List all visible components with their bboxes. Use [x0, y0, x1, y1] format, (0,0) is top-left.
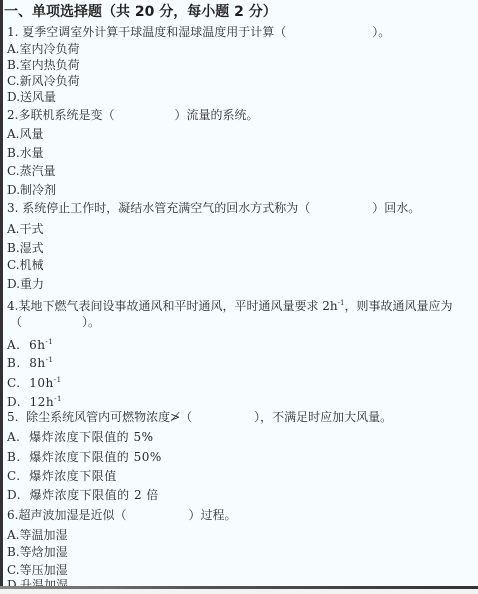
question-3-option-b: B.湿式 — [7, 240, 44, 256]
section-title: 一、单项选择题（共 20 分，每小题 2 分） — [4, 4, 277, 20]
option-text: 风量 — [19, 127, 43, 141]
question-number: 1. — [7, 25, 18, 39]
question-text-after: ），不满足时应加大风量。 — [254, 410, 392, 424]
question-6-option-a: A.等温加湿 — [7, 527, 68, 543]
option-label: A. — [7, 338, 20, 352]
option-label: B. — [7, 58, 20, 72]
option-text: 等压加湿 — [20, 563, 68, 577]
superscript: -1 — [46, 338, 54, 346]
question-2-option-c: C.蒸汽量 — [7, 163, 56, 179]
option-text: 爆炸浓度下限值的 2 倍 — [30, 488, 159, 502]
question-2-option-b: B.水量 — [7, 145, 44, 161]
option-text: 爆炸浓度下限值 — [29, 469, 117, 483]
question-4-option-c: C. 10h-1 — [7, 372, 62, 391]
question-4-option-a: A. 6h-1 — [7, 334, 53, 353]
option-label: B. — [7, 450, 21, 464]
option-text: 10h — [29, 376, 54, 390]
question-3-option-d: D.重力 — [7, 276, 44, 292]
question-text-after: ）。 — [372, 25, 390, 39]
question-5-option-a: A. 爆炸浓度下限值的 5% — [7, 429, 153, 445]
question-text-before: 除尘系统风管内可燃物浓度≯（ — [26, 410, 192, 424]
question-5-option-c: C. 爆炸浓度下限值 — [7, 468, 117, 484]
question-number: 5. — [7, 410, 18, 424]
superscript: -1 — [54, 376, 62, 384]
question-text-before: 某地下燃气表间设事故通风和平时通风，平时通风量要求 2h — [18, 299, 337, 313]
question-6-stem: 6.超声波加湿是近似（）过程。 — [7, 507, 236, 523]
option-label: A. — [7, 528, 19, 542]
question-3-option-a: A.干式 — [7, 221, 44, 237]
question-5-option-b: B. 爆炸浓度下限值的 50% — [7, 449, 162, 465]
option-text: 制冷剂 — [20, 183, 56, 197]
exam-page: 一、单项选择题（共 20 分，每小题 2 分） 1. 夏季空调室外计算干球温度和… — [0, 0, 478, 586]
question-1-option-c: C.新风冷负荷 — [7, 73, 80, 89]
question-2-option-a: A.风量 — [7, 126, 44, 142]
option-label: A. — [7, 430, 20, 444]
option-label: D. — [7, 90, 20, 104]
question-4-stem: 4.某地下燃气表间设事故通风和平时通风，平时通风量要求 2h-1，则事故通风量应… — [7, 295, 452, 314]
question-3-stem: 3. 系统停止工作时，凝结水管充满空气的回水方式称为（）回水。 — [7, 200, 420, 216]
option-label: D. — [7, 488, 21, 502]
blank-open-paren: （ — [10, 315, 22, 329]
option-label: C. — [7, 258, 20, 272]
option-text: 湿式 — [20, 241, 44, 255]
question-1-stem: 1. 夏季空调室外计算干球温度和湿球温度用于计算（）。 — [7, 24, 390, 40]
option-text: 爆炸浓度下限值的 5% — [29, 430, 153, 444]
option-label: D. — [7, 395, 21, 409]
option-label: A. — [7, 127, 19, 141]
question-text-after: ）回水。 — [372, 201, 420, 215]
question-text-before: 夏季空调室外计算干球温度和湿球温度用于计算（ — [22, 25, 286, 39]
option-label: C. — [7, 376, 21, 390]
option-text: 新风冷负荷 — [20, 74, 80, 88]
option-text: 机械 — [20, 258, 44, 272]
question-number: 6. — [7, 508, 18, 522]
question-2-stem: 2.多联机系统是变（）流量的系统。 — [7, 107, 258, 123]
option-label: B. — [7, 146, 20, 160]
option-text: 蒸汽量 — [20, 164, 56, 178]
option-text: 6h — [29, 338, 45, 352]
question-1-option-a: A.室内冷负荷 — [7, 41, 80, 57]
option-text: 等温加湿 — [19, 528, 67, 542]
option-text: 重力 — [20, 277, 44, 291]
option-label: D. — [7, 277, 20, 291]
question-text-before: 多联机系统是变（ — [18, 108, 114, 122]
option-text: 干式 — [19, 222, 43, 236]
superscript: -1 — [54, 395, 62, 403]
question-4-option-b: B. 8h-1 — [7, 352, 53, 371]
question-6-option-c: C.等压加湿 — [7, 562, 68, 578]
option-text: 室内热负荷 — [20, 58, 80, 72]
option-label: B. — [7, 356, 21, 370]
option-label: A. — [7, 222, 19, 236]
blank-close-paren: ）。 — [82, 315, 100, 329]
option-label: B. — [7, 241, 20, 255]
option-text: 8h — [29, 356, 45, 370]
question-text-after: ）流量的系统。 — [174, 108, 258, 122]
question-text-before: 系统停止工作时，凝结水管充满空气的回水方式称为（ — [22, 201, 310, 215]
question-1-option-d: D.送风量 — [7, 89, 56, 105]
question-4-stem-line2: （）。 — [10, 314, 100, 330]
superscript: -1 — [46, 356, 54, 364]
option-text: 送风量 — [20, 90, 56, 104]
page-left-border — [0, 0, 3, 586]
question-1-option-b: B.室内热负荷 — [7, 57, 80, 73]
question-5-option-d: D. 爆炸浓度下限值的 2 倍 — [7, 487, 159, 503]
question-text-after: ）过程。 — [188, 508, 236, 522]
question-text-before: 超声波加湿是近似（ — [18, 508, 126, 522]
option-label: D. — [7, 183, 20, 197]
option-label: C. — [7, 563, 20, 577]
option-label: C. — [7, 74, 20, 88]
question-number: 4. — [7, 299, 18, 313]
option-label: B. — [7, 545, 20, 559]
option-text: 水量 — [20, 146, 44, 160]
option-text: 爆炸浓度下限值的 50% — [29, 450, 162, 464]
question-number: 2. — [7, 108, 18, 122]
option-text: 12h — [30, 395, 55, 409]
option-label: A. — [7, 42, 19, 56]
option-label: C. — [7, 164, 20, 178]
question-3-option-c: C.机械 — [7, 257, 44, 273]
question-4-option-d: D. 12h-1 — [7, 391, 62, 410]
option-label: C. — [7, 469, 21, 483]
question-2-option-d: D.制冷剂 — [7, 182, 56, 198]
page-gutter — [0, 589, 478, 594]
question-5-stem: 5. 除尘系统风管内可燃物浓度≯（），不满足时应加大风量。 — [7, 409, 392, 425]
question-6-option-b: B.等焓加湿 — [7, 544, 68, 560]
option-text: 等焓加湿 — [20, 545, 68, 559]
option-text: 室内冷负荷 — [19, 42, 79, 56]
question-number: 3. — [7, 201, 18, 215]
question-text-mid: ，则事故通风量应为 — [344, 299, 452, 313]
